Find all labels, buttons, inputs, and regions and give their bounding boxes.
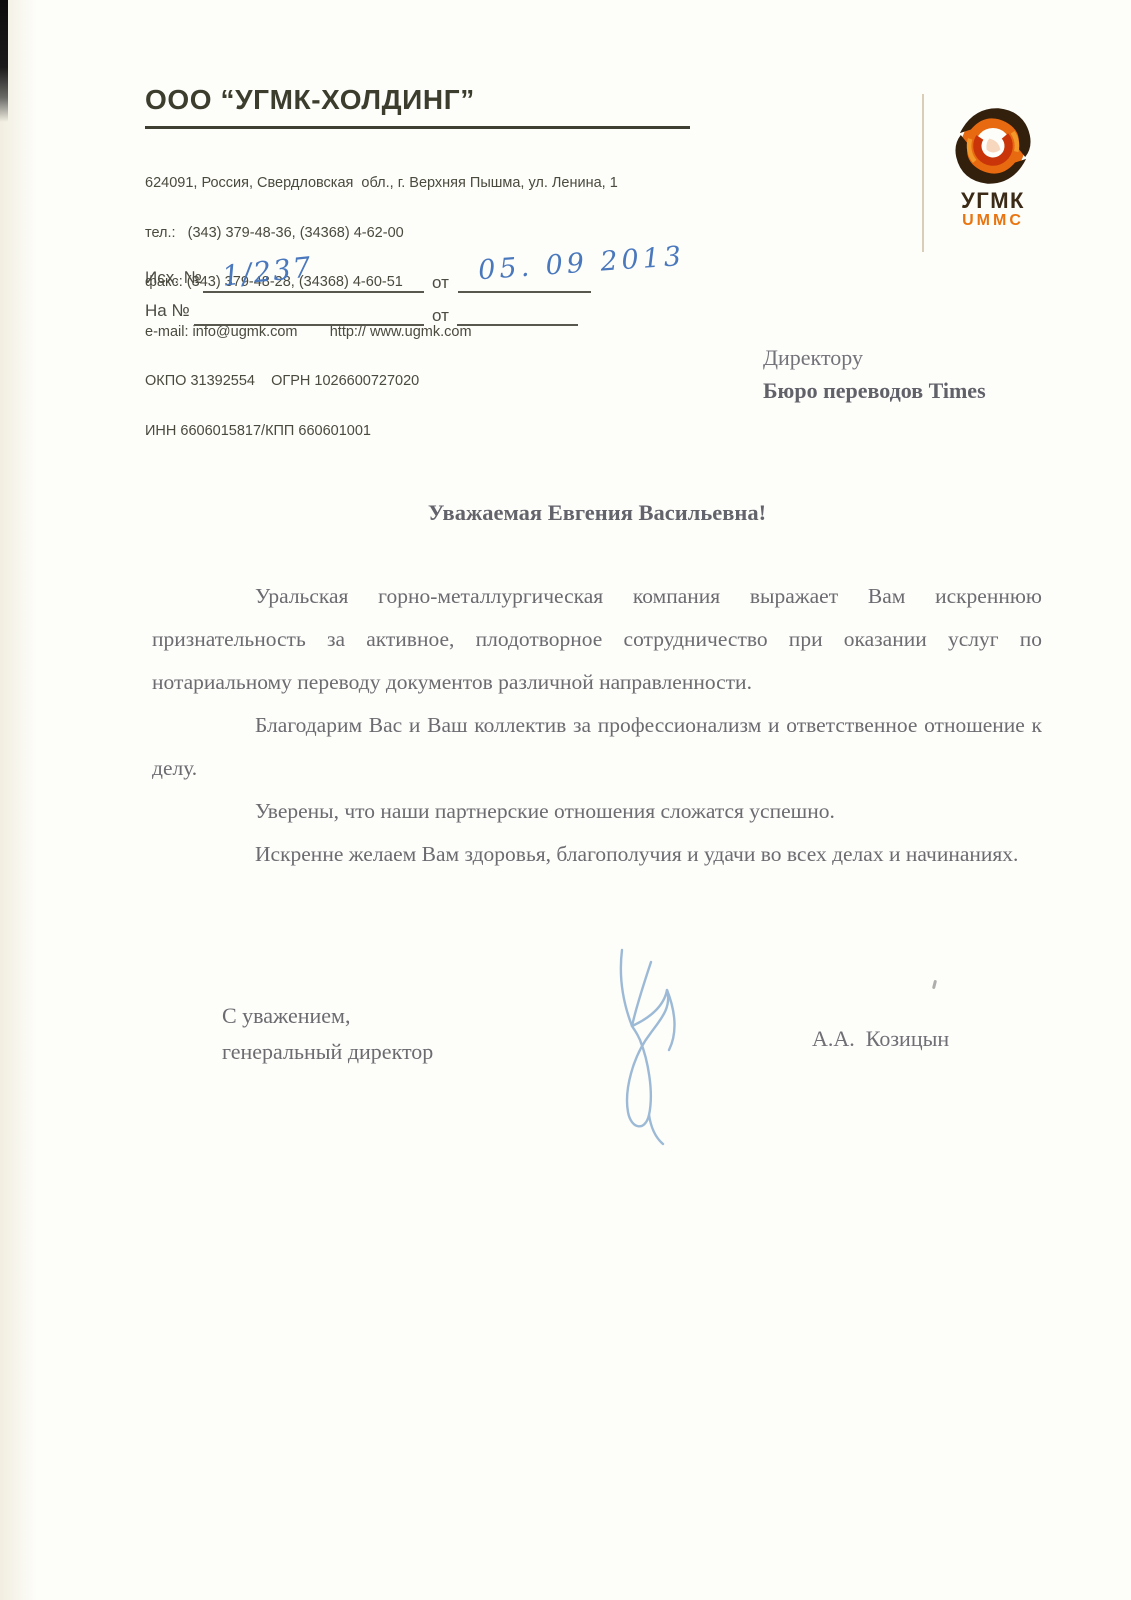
signoff-block: С уважением, генеральный директор	[222, 998, 433, 1070]
scan-edge-shadow	[0, 0, 46, 1600]
body-paragraph: Уверены, что наши партнерские отношения …	[152, 790, 1042, 833]
signer-name: А.А. Козицын	[812, 1026, 949, 1052]
outgoing-date-line	[458, 291, 591, 293]
recipient-block: Директору Бюро переводов Times	[763, 341, 986, 407]
signoff-closing: С уважением,	[222, 998, 433, 1034]
letterhead-rule	[145, 126, 690, 129]
company-name: ООО “УГМК-ХОЛДИНГ”	[145, 84, 475, 116]
ugmk-swirl-icon	[947, 100, 1039, 192]
ugmk-logo: УГМК UMMC	[938, 100, 1048, 230]
company-okpo-ogrn: ОКПО 31392554 ОГРН 1026600727020	[145, 373, 618, 390]
signoff-position: генеральный директор	[222, 1034, 433, 1070]
letter-page: ООО “УГМК-ХОЛДИНГ” 624091, Россия, Сверд…	[0, 0, 1131, 1600]
scan-artifact-mark	[0, 0, 8, 122]
letterhead-contacts: 624091, Россия, Свердловская обл., г. Ве…	[145, 142, 618, 472]
company-phone: тел.: (343) 379-48-36, (34368) 4-62-00	[145, 225, 618, 242]
logo-separator-line	[922, 94, 924, 252]
recipient-title: Директору	[763, 341, 986, 374]
body-paragraph: Уральская горно-металлургическая компани…	[152, 575, 1042, 704]
body-paragraph: Искренне желаем Вам здоровья, благополуч…	[152, 833, 1042, 876]
company-address: 624091, Россия, Свердловская обл., г. Ве…	[145, 175, 618, 192]
incoming-date-line	[457, 324, 578, 326]
body-paragraph: Благодарим Вас и Ваш коллектив за профес…	[152, 704, 1042, 790]
incoming-number-line	[194, 324, 424, 326]
incoming-number-label: На №	[145, 301, 190, 321]
recipient-organization: Бюро переводов Times	[763, 374, 986, 407]
outgoing-from-label: от	[432, 273, 449, 293]
incoming-from-label: от	[432, 306, 449, 326]
letter-body: Уральская горно-металлургическая компани…	[152, 575, 1042, 876]
handwritten-signature	[598, 942, 698, 1147]
logo-text-cyrillic: УГМК	[938, 190, 1048, 212]
salutation: Уважаемая Евгения Васильевна!	[152, 500, 1042, 526]
scan-speck-mark	[932, 980, 937, 989]
company-inn-kpp: ИНН 6606015817/КПП 660601001	[145, 423, 618, 440]
outgoing-number-label: Исх. №	[145, 268, 202, 288]
logo-text-latin: UMMC	[938, 212, 1048, 230]
